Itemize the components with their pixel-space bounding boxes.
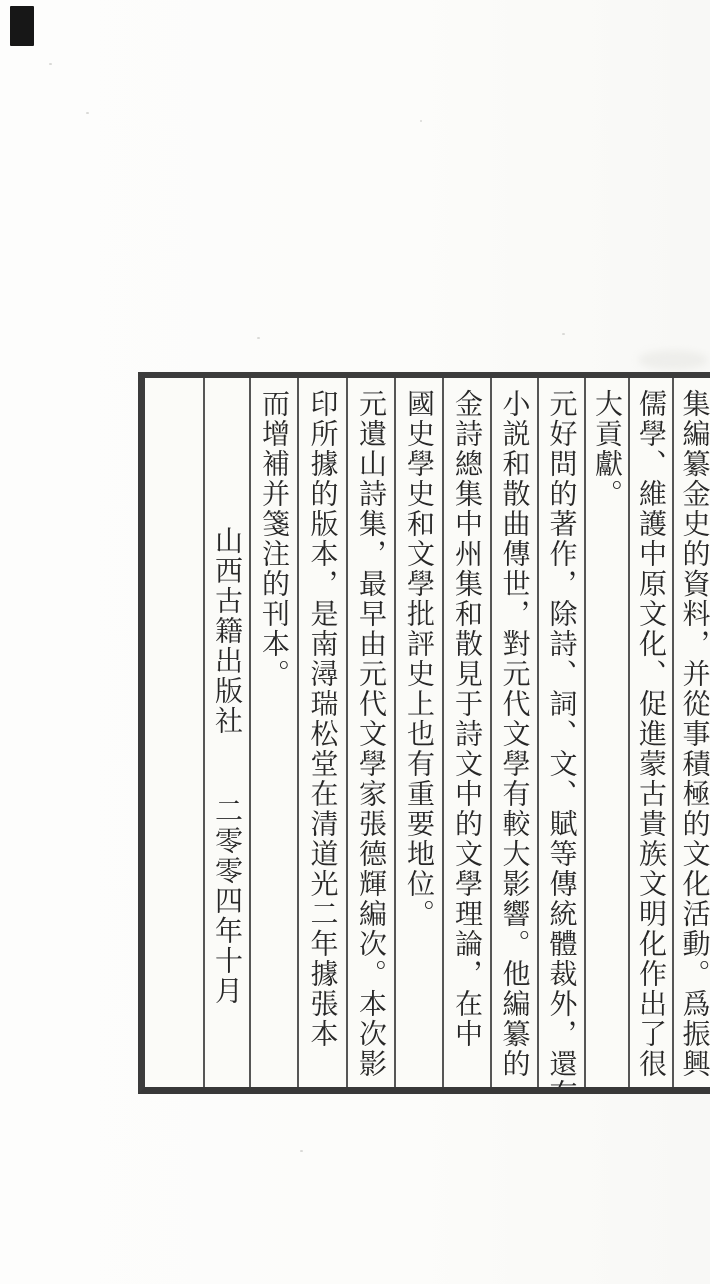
scan-smudge xyxy=(638,350,708,370)
publisher-and-date-text: 山西古籍出版社 二零零四年十月 xyxy=(213,526,241,1006)
text-column-6: 金詩總集中州集和散見于詩文中的文學理論，在中 xyxy=(442,378,490,1087)
text-column-2: 儒學、維護中原文化、促進蒙古貴族文明化作出了很 xyxy=(628,378,672,1087)
column-text: 集編纂金史的資料，并從事積極的文化活動。爲振興 xyxy=(681,389,709,1079)
text-column-1: 集編纂金史的資料，并從事積極的文化活動。爲振興 xyxy=(672,378,710,1087)
dust-speck xyxy=(257,337,260,339)
text-columns: 集編纂金史的資料，并從事積極的文化活動。爲振興 儒學、維護中原文化、促進蒙古貴族… xyxy=(145,378,710,1087)
column-text: 元遺山詩集，最早由元代文學家張德輝編次。本次影 xyxy=(357,389,385,1079)
text-grid: 集編纂金史的資料，并從事積極的文化活動。爲振興 儒學、維護中原文化、促進蒙古貴族… xyxy=(138,372,710,1094)
dust-speck xyxy=(562,333,565,335)
publisher-column: 山西古籍出版社 二零零四年十月 xyxy=(203,378,249,1087)
book-page-scan: 集編纂金史的資料，并從事積極的文化活動。爲振興 儒學、維護中原文化、促進蒙古貴族… xyxy=(0,0,710,1284)
scan-artifact-mark xyxy=(10,6,34,46)
column-text: 而增補并箋注的刊本。 xyxy=(260,389,288,689)
column-text: 國史學史和文學批評史上也有重要地位。 xyxy=(405,389,433,929)
column-text: 大貢獻。 xyxy=(593,389,621,509)
empty-column xyxy=(145,378,203,1087)
text-column-8: 元遺山詩集，最早由元代文學家張德輝編次。本次影 xyxy=(346,378,394,1087)
text-column-5: 小説和散曲傳世，對元代文學有較大影響。他編纂的 xyxy=(490,378,537,1087)
dust-speck xyxy=(420,120,422,122)
column-text: 元好問的著作，除詩、詞、文、賦等傳統體裁外，還有 xyxy=(548,389,576,1087)
text-column-7: 國史學史和文學批評史上也有重要地位。 xyxy=(394,378,442,1087)
column-text: 金詩總集中州集和散見于詩文中的文學理論，在中 xyxy=(453,389,481,1049)
text-column-9: 印所據的版本，是南潯瑞松堂在清道光二年據張本 xyxy=(297,378,346,1087)
column-text: 印所據的版本，是南潯瑞松堂在清道光二年據張本 xyxy=(309,389,337,1049)
text-column-3: 大貢獻。 xyxy=(584,378,628,1087)
dust-speck xyxy=(49,63,52,65)
column-text: 儒學、維護中原文化、促進蒙古貴族文明化作出了很 xyxy=(637,389,665,1079)
text-column-4: 元好問的著作，除詩、詞、文、賦等傳統體裁外，還有 xyxy=(537,378,584,1087)
text-column-10: 而增補并箋注的刊本。 xyxy=(249,378,297,1087)
dust-speck xyxy=(86,112,89,114)
dust-speck xyxy=(300,1150,303,1152)
column-text: 小説和散曲傳世，對元代文學有較大影響。他編纂的 xyxy=(501,389,529,1079)
